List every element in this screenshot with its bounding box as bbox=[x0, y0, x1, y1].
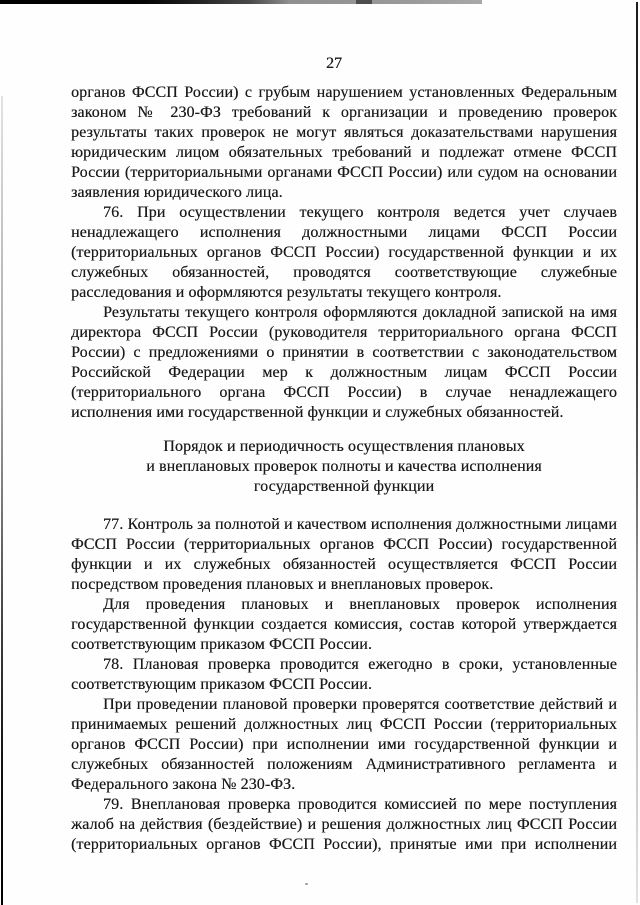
paragraph: При проведении плановой проверки проверя… bbox=[71, 695, 617, 795]
document-page: 27 органов ФССП России) с грубым нарушен… bbox=[0, 0, 640, 905]
paragraph: 79. Внеплановая проверка проводится коми… bbox=[71, 795, 617, 855]
scan-artifact-top-bar bbox=[0, 0, 482, 4]
page-number: 27 bbox=[61, 56, 607, 72]
section-heading: Порядок и периодичность осуществления пл… bbox=[71, 437, 617, 497]
paragraph: 76. При осуществлении текущего контроля … bbox=[71, 203, 617, 303]
paragraph: 78. Плановая проверка проводится ежегодн… bbox=[71, 655, 617, 695]
page-content: 27 органов ФССП России) с грубым нарушен… bbox=[71, 56, 617, 855]
paragraph: Для проведения плановых и внеплановых пр… bbox=[71, 595, 617, 655]
scan-artifact-right-edge-line bbox=[636, 2, 638, 903]
paragraph: 77. Контроль за полнотой и качеством исп… bbox=[71, 515, 617, 595]
document-body: органов ФССП России) с грубым нарушением… bbox=[71, 83, 617, 855]
scan-artifact-dot bbox=[305, 883, 308, 885]
scan-artifact-left-edge-line bbox=[1, 96, 3, 905]
paragraph: органов ФССП России) с грубым нарушением… bbox=[71, 83, 617, 203]
scan-artifact-top-speck bbox=[356, 0, 372, 4]
paragraph: Результаты текущего контроля оформляются… bbox=[71, 303, 617, 423]
